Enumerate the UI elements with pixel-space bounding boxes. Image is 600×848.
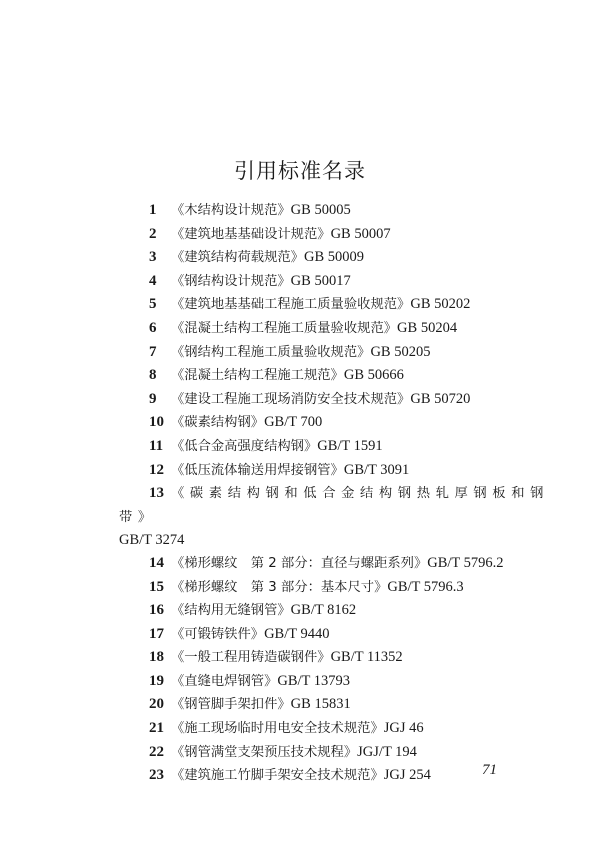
reference-name: 《建筑地基基础设计规范》 — [171, 227, 331, 242]
reference-item: 6《混凝土结构工程施工质量验收规范》GB 50204 — [119, 317, 549, 341]
reference-code: GB/T 1591 — [317, 438, 382, 454]
reference-name: 《一般工程用铸造碳钢件》 — [171, 650, 331, 665]
reference-number: 19 — [149, 670, 171, 693]
reference-item: 18《一般工程用铸造碳钢件》GB/T 11352 — [119, 646, 549, 670]
reference-number: 14 — [149, 552, 171, 575]
reference-name: 《建设工程施工现场消防安全技术规范》 — [171, 392, 410, 407]
reference-code: GB 50720 — [410, 391, 470, 407]
reference-name: 《混凝土结构工程施工规范》 — [171, 368, 344, 383]
reference-item: 12《低压流体输送用焊接钢管》GB/T 3091 — [119, 459, 549, 483]
reference-name: 《钢管满堂支架预压技术规程》 — [171, 745, 357, 760]
reference-code: GB/T 13793 — [277, 673, 350, 689]
reference-number: 23 — [149, 764, 171, 787]
reference-name: 《木结构设计规范》 — [171, 203, 291, 218]
reference-number: 4 — [149, 270, 171, 293]
reference-code: GB/T 3091 — [344, 462, 409, 478]
reference-name: 《建筑地基基础工程施工质量验收规范》 — [171, 297, 410, 312]
reference-item: 13《碳素结构钢和低合金结构钢热轧厚钢板和钢带》GB/T 3274 — [119, 482, 549, 552]
reference-item: 19《直缝电焊钢管》GB/T 13793 — [119, 670, 549, 694]
reference-number: 2 — [149, 223, 171, 246]
reference-name: 《梯形螺纹 第 2 部分：直径与螺距系列》 — [171, 556, 427, 571]
reference-item: 2《建筑地基基础设计规范》GB 50007 — [119, 223, 549, 247]
reference-item: 21《施工现场临时用电安全技术规范》JGJ 46 — [119, 717, 549, 741]
reference-code: JGJ 46 — [384, 720, 424, 736]
reference-code: GB/T 5796.2 — [427, 555, 503, 571]
reference-item: 11《低合金高强度结构钢》GB/T 1591 — [119, 435, 549, 459]
reference-number: 5 — [149, 293, 171, 316]
page-title: 引用标准名录 — [0, 155, 600, 185]
reference-number: 12 — [149, 459, 171, 482]
reference-item: 4《钢结构设计规范》GB 50017 — [119, 270, 549, 294]
reference-code: GB/T 3274 — [119, 532, 184, 548]
reference-name: 《梯形螺纹 第 3 部分：基本尺寸》 — [171, 580, 387, 595]
reference-number: 1 — [149, 199, 171, 222]
reference-name: 《可锻铸铁件》 — [171, 627, 264, 642]
reference-name: 《建筑结构荷载规范》 — [171, 250, 304, 265]
reference-name: 《施工现场临时用电安全技术规范》 — [171, 721, 384, 736]
reference-name: 《低压流体输送用焊接钢管》 — [171, 463, 344, 478]
reference-number: 9 — [149, 388, 171, 411]
reference-item: 16《结构用无缝钢管》GB/T 8162 — [119, 599, 549, 623]
reference-list: 1《木结构设计规范》GB 50005 2《建筑地基基础设计规范》GB 50007… — [119, 199, 549, 788]
reference-name: 《钢管脚手架扣件》 — [171, 697, 291, 712]
reference-number: 22 — [149, 741, 171, 764]
reference-item: 17《可锻铸铁件》GB/T 9440 — [119, 623, 549, 647]
reference-item: 5《建筑地基基础工程施工质量验收规范》GB 50202 — [119, 293, 549, 317]
reference-code: GB/T 5796.3 — [387, 579, 463, 595]
reference-code: GB 50005 — [291, 202, 351, 218]
reference-number: 6 — [149, 317, 171, 340]
reference-item: 3《建筑结构荷载规范》GB 50009 — [119, 246, 549, 270]
reference-code: GB/T 11352 — [331, 649, 403, 665]
reference-name: 《直缝电焊钢管》 — [171, 674, 277, 689]
reference-name: 《建筑施工竹脚手架安全技术规范》 — [171, 768, 384, 783]
reference-code: GB 50009 — [304, 249, 364, 265]
reference-code: GB 50007 — [331, 226, 391, 242]
reference-number: 10 — [149, 411, 171, 434]
reference-number: 20 — [149, 693, 171, 716]
reference-code: GB 50204 — [397, 320, 457, 336]
reference-code: GB/T 700 — [264, 414, 322, 430]
reference-number: 21 — [149, 717, 171, 740]
reference-code: JGJ/T 194 — [357, 744, 417, 760]
reference-name: 《碳素结构钢和低合金结构钢热轧厚钢板和钢带》 — [119, 486, 549, 525]
reference-number: 3 — [149, 246, 171, 269]
reference-number: 18 — [149, 646, 171, 669]
reference-item: 7《钢结构工程施工质量验收规范》GB 50205 — [119, 341, 549, 365]
page-number: 71 — [482, 762, 497, 779]
reference-name: 《碳素结构钢》 — [171, 415, 264, 430]
reference-number: 11 — [149, 435, 171, 458]
reference-number: 16 — [149, 599, 171, 622]
reference-code: JGJ 254 — [384, 767, 431, 783]
reference-item: 15《梯形螺纹 第 3 部分：基本尺寸》GB/T 5796.3 — [119, 576, 549, 600]
reference-code: GB/T 9440 — [264, 626, 329, 642]
reference-item: 20《钢管脚手架扣件》GB 15831 — [119, 693, 549, 717]
reference-number: 7 — [149, 341, 171, 364]
reference-name: 《低合金高强度结构钢》 — [171, 439, 317, 454]
reference-code: GB/T 8162 — [291, 602, 356, 618]
reference-name: 《钢结构工程施工质量验收规范》 — [171, 345, 370, 360]
reference-item: 9《建设工程施工现场消防安全技术规范》GB 50720 — [119, 388, 549, 412]
reference-item: 10《碳素结构钢》GB/T 700 — [119, 411, 549, 435]
reference-code: GB 50017 — [291, 273, 351, 289]
reference-item: 8《混凝土结构工程施工规范》GB 50666 — [119, 364, 549, 388]
reference-item: 14《梯形螺纹 第 2 部分：直径与螺距系列》GB/T 5796.2 — [119, 552, 549, 576]
reference-code: GB 15831 — [291, 696, 351, 712]
reference-number: 8 — [149, 364, 171, 387]
reference-name: 《结构用无缝钢管》 — [171, 603, 291, 618]
reference-code: GB 50205 — [370, 344, 430, 360]
reference-number: 15 — [149, 576, 171, 599]
reference-code: GB 50202 — [410, 296, 470, 312]
reference-item: 22《钢管满堂支架预压技术规程》JGJ/T 194 — [119, 741, 549, 765]
reference-name: 《混凝土结构工程施工质量验收规范》 — [171, 321, 397, 336]
reference-number: 17 — [149, 623, 171, 646]
reference-number: 13 — [149, 482, 171, 505]
reference-item: 1《木结构设计规范》GB 50005 — [119, 199, 549, 223]
reference-name: 《钢结构设计规范》 — [171, 274, 291, 289]
reference-code: GB 50666 — [344, 367, 404, 383]
